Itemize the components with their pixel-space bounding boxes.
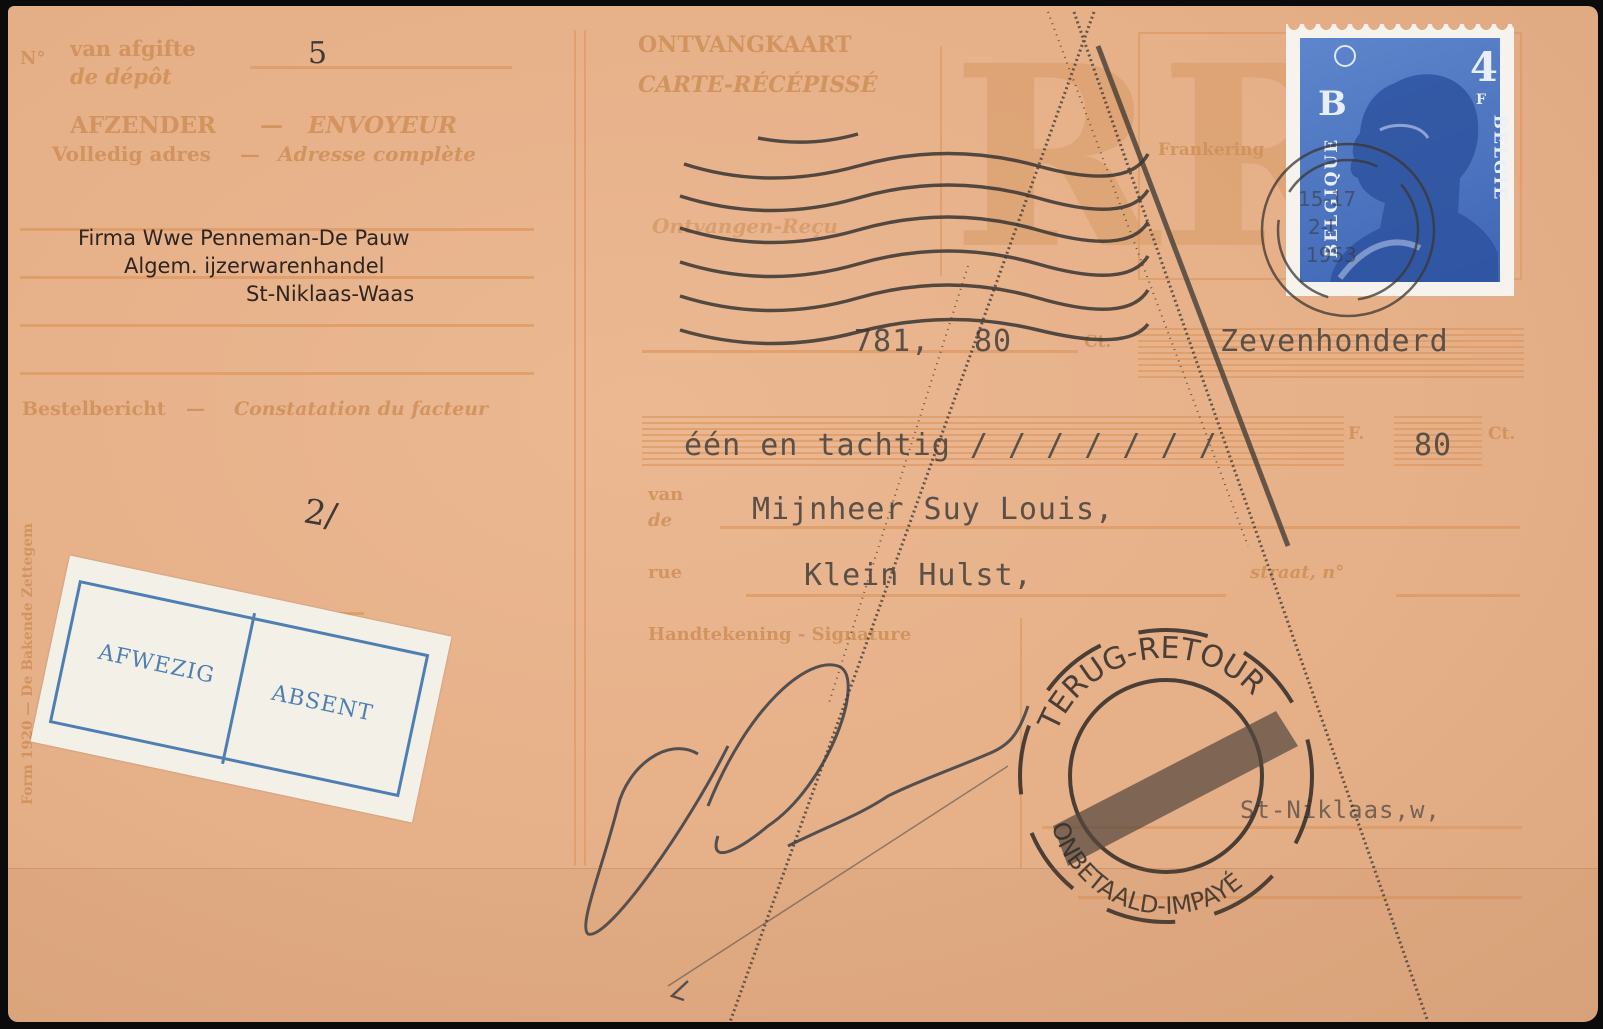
postmark-time: 15-17 xyxy=(1298,187,1356,211)
postmark-date: 2-I xyxy=(1308,215,1334,239)
date-postmark-icon xyxy=(1262,144,1434,316)
postmark-year: 1953 xyxy=(1306,243,1357,267)
postal-markings: 15-17 2-I 1953 TERUG-RETOUR ONBETAALD-IM… xyxy=(8,6,1598,1022)
return-stamp-bottom-text: ONBETAALD-IMPAYÉ xyxy=(1046,818,1248,920)
bottom-line xyxy=(1078,896,1522,899)
return-stamp-top-text: TERUG-RETOUR xyxy=(1031,631,1271,737)
receipt-card: N° van afgifte de dépôt 5 AFZENDER — ENV… xyxy=(8,6,1598,1022)
wave-cancellation-icon xyxy=(680,134,1148,344)
signature-scribble xyxy=(586,665,1028,1000)
